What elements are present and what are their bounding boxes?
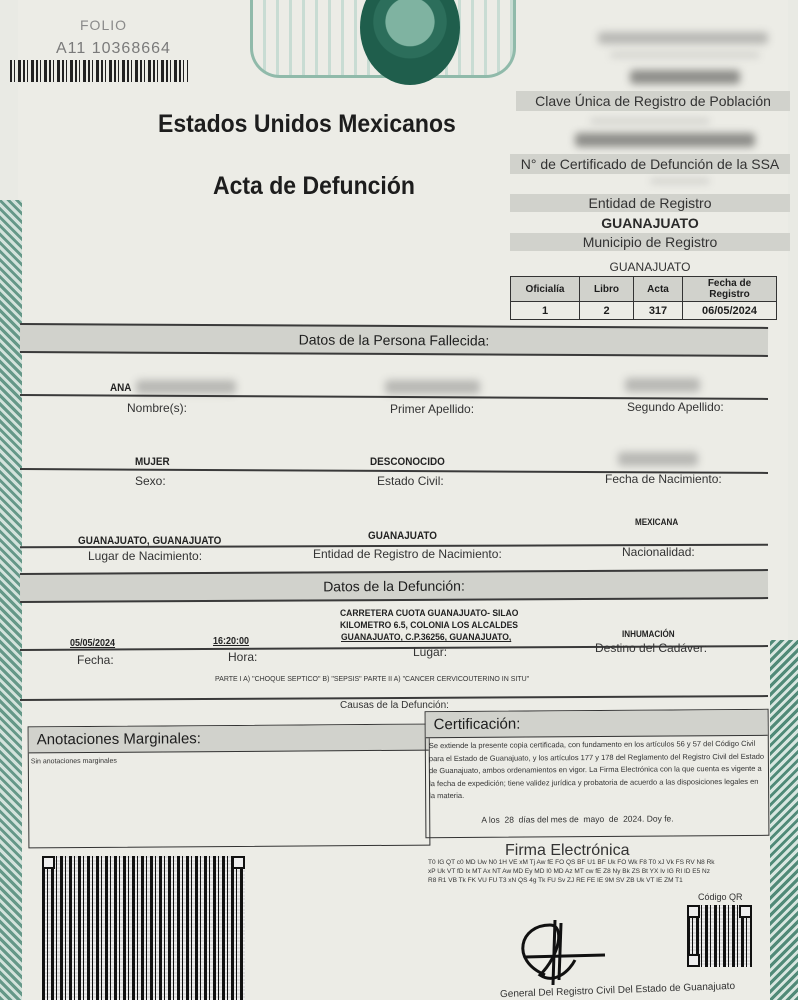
redacted-field — [630, 70, 740, 84]
place-line-3: GUANAJUATO, C.P.36256, GUANAJUATO, — [341, 632, 511, 643]
redacted-field — [590, 118, 710, 124]
second-surname-label: Segundo Apellido: — [627, 400, 724, 414]
causes-value: PARTE I A) "CHOQUE SEPTICO" B) "SEPSIS" … — [215, 676, 529, 683]
annotations-text: Sin anotaciones marginales — [29, 751, 429, 771]
birth-place-label: Lugar de Nacimiento: — [88, 549, 202, 563]
paper — [18, 0, 788, 1000]
sex-label: Sexo: — [135, 474, 166, 488]
death-time-value: 16:20:00 — [213, 636, 249, 647]
destination-value: INHUMACIÓN — [622, 629, 675, 639]
barcode-icon — [10, 60, 188, 82]
large-qr-code-icon[interactable] — [42, 856, 245, 1000]
birth-entity-label: Entidad de Registro de Nacimiento: — [313, 547, 502, 561]
document-title: Acta de Defunción — [213, 172, 415, 201]
annotations-box: Anotaciones Marginales: Sin anotaciones … — [28, 724, 431, 849]
redacted-birth-date — [618, 452, 698, 466]
guilloche-border-left — [0, 200, 22, 1000]
death-certificate-page: FOLIO A11 10368664 Estados Unidos Mexica… — [0, 0, 798, 1000]
first-surname-label: Primer Apellido: — [390, 402, 474, 416]
certification-date: A los 28 días del mes de mayo de 2024. D… — [481, 813, 673, 824]
libro-value: 2 — [580, 302, 634, 320]
sex-value: MUJER — [135, 456, 170, 468]
acta-value: 317 — [634, 302, 683, 320]
col-oficialia: Oficialía — [511, 277, 580, 302]
municipality-label: Municipio de Registro — [510, 233, 790, 251]
death-section-header: Datos de la Defunción: — [20, 569, 768, 603]
guilloche-border-right — [770, 640, 798, 1000]
folio-label: FOLIO — [80, 17, 127, 33]
name-value: ANA — [110, 382, 131, 394]
death-date-label: Fecha: — [77, 653, 114, 667]
qr-finder — [687, 954, 700, 967]
qr-label: Código QR — [698, 892, 743, 902]
entity-value: GUANAJUATO — [510, 215, 790, 231]
country-title: Estados Unidos Mexicanos — [158, 110, 456, 139]
certificate-number-label: N° de Certificado de Defunción de la SSA — [510, 154, 790, 174]
civil-status-value: DESCONOCIDO — [370, 456, 445, 468]
death-date-value: 05/05/2024 — [70, 638, 115, 649]
folio-number: A11 10368664 — [56, 40, 171, 58]
certification-box: Certificación: Se extiende la presente c… — [425, 709, 770, 838]
curp-label: Clave Única de Registro de Población — [516, 91, 790, 111]
qr-finder — [739, 905, 752, 918]
redacted-name — [136, 380, 236, 394]
death-time-label: Hora: — [228, 650, 257, 664]
redacted-curp — [575, 133, 755, 147]
redacted-second-surname — [625, 378, 700, 392]
municipality-value: GUANAJUATO — [510, 260, 790, 274]
destination-label: Destino del Cadáver: — [595, 641, 707, 655]
redacted-certificate-number — [650, 178, 710, 184]
deceased-section-header: Datos de la Persona Fallecida: — [20, 323, 768, 357]
col-fecha-registro: Fecha de Registro — [683, 277, 777, 302]
certification-title: Certificación: — [426, 710, 768, 738]
redacted-first-surname — [385, 380, 480, 394]
nationality-label: Nacionalidad: — [622, 545, 695, 559]
qr-finder — [687, 905, 700, 918]
civil-status-label: Estado Civil: — [377, 474, 444, 488]
small-qr-code-icon[interactable] — [687, 905, 752, 967]
handwritten-signature-icon — [505, 915, 615, 990]
birth-entity-value: GUANAJUATO — [368, 530, 437, 542]
qr-finder — [232, 856, 245, 869]
redacted-field — [610, 52, 760, 58]
entity-label: Entidad de Registro — [510, 194, 790, 212]
qr-finder — [42, 856, 55, 869]
col-acta: Acta — [634, 277, 683, 302]
death-place-label: Lugar: — [413, 645, 447, 659]
electronic-signature-code: T0 IG QT c0 MD Uw N0 1H VE xM Tj Aw fE F… — [428, 858, 716, 885]
fecha-registro-value: 06/05/2024 — [683, 302, 777, 320]
registry-table: Oficialía Libro Acta Fecha de Registro 1… — [510, 276, 777, 320]
annotations-title: Anotaciones Marginales: — [29, 725, 429, 754]
redacted-field — [598, 32, 768, 44]
birth-date-label: Fecha de Nacimiento: — [605, 472, 722, 486]
oficialia-value: 1 — [511, 302, 580, 320]
place-line-2: KILOMETRO 6.5, COLONIA LOS ALCALDES — [340, 620, 518, 631]
causes-label: Causas de la Defunción: — [340, 700, 449, 711]
certification-text: Se extiende la presente copia certificad… — [426, 736, 768, 805]
name-label: Nombre(s): — [127, 401, 187, 415]
col-libro: Libro — [580, 277, 634, 302]
place-line-1: CARRETERA CUOTA GUANAJUATO- SILAO — [340, 608, 518, 619]
national-seal — [250, 0, 510, 90]
nationality-value: MEXICANA — [635, 517, 678, 527]
